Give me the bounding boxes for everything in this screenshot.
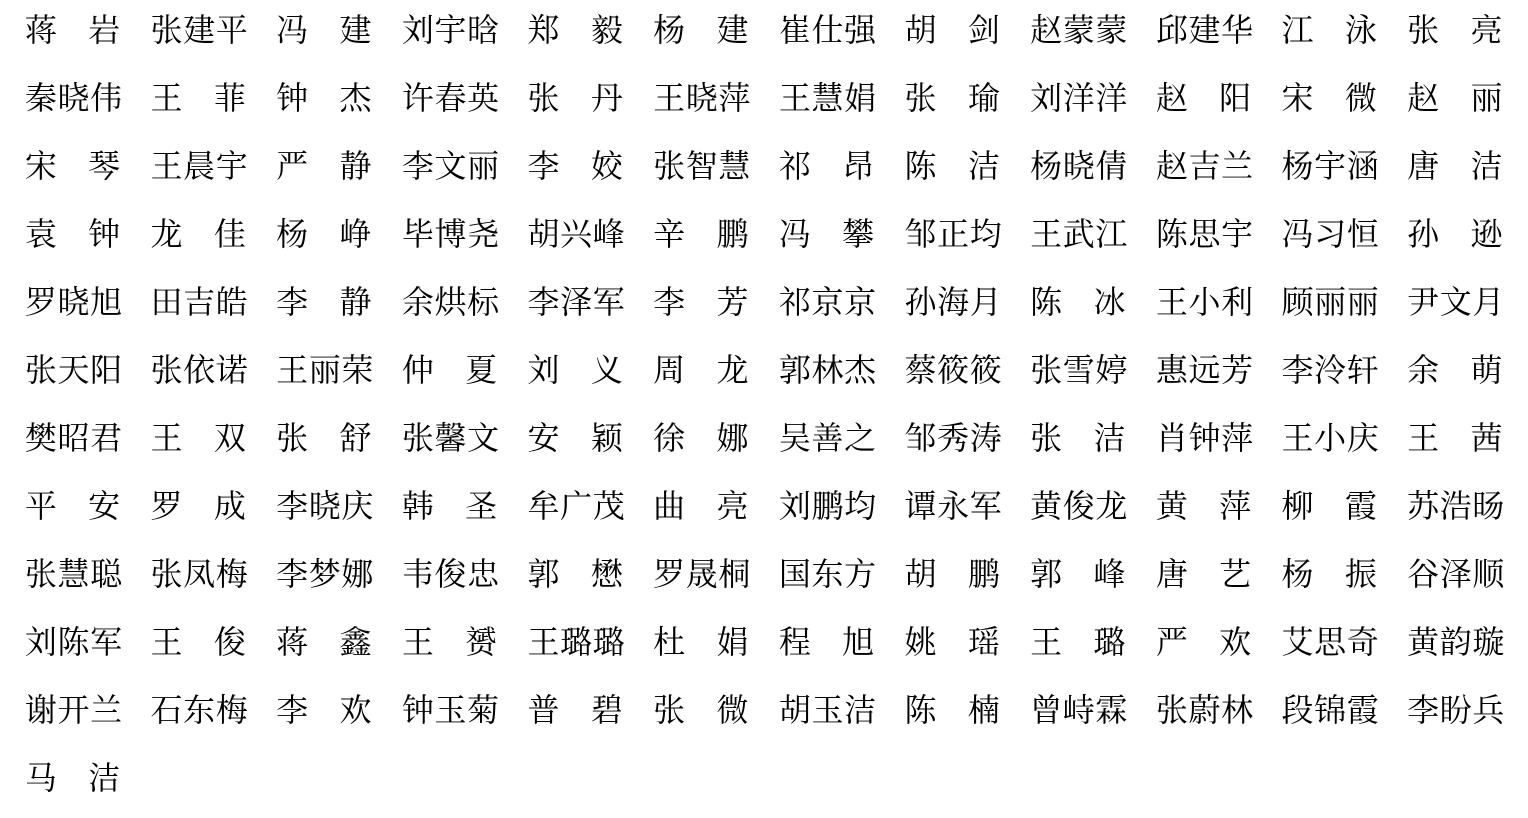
name-item: 李静 xyxy=(276,286,372,318)
name-item: 孙海月 xyxy=(904,286,1000,318)
name-item: 程旭 xyxy=(779,626,875,658)
name-item: 王璐璐 xyxy=(527,626,623,658)
name-item: 樊昭君 xyxy=(25,422,121,454)
name-item: 祁京京 xyxy=(779,286,875,318)
name-item: 钟杰 xyxy=(276,82,372,114)
name-item: 罗成 xyxy=(150,490,246,522)
name-item: 黄韵璇 xyxy=(1407,626,1503,658)
name-grid: 蒋岩张建平冯建刘宇晗郑毅杨建崔仕强胡剑赵蒙蒙邱建华江泳张亮秦晓伟王菲钟杰许春英张… xyxy=(0,0,1528,794)
name-item: 田吉皓 xyxy=(150,286,246,318)
name-item: 韩圣 xyxy=(402,490,498,522)
name-item: 孙逊 xyxy=(1407,218,1503,250)
name-item: 蔡筱筱 xyxy=(904,354,1000,386)
name-item: 刘义 xyxy=(527,354,623,386)
name-item: 杨晓倩 xyxy=(1030,150,1126,182)
name-item: 王晓萍 xyxy=(653,82,749,114)
name-item: 赵蒙蒙 xyxy=(1030,14,1126,46)
name-item: 罗晟桐 xyxy=(653,558,749,590)
name-item: 仲夏 xyxy=(402,354,498,386)
name-item: 邱建华 xyxy=(1156,14,1252,46)
name-item: 苏浩旸 xyxy=(1407,490,1503,522)
name-item: 胡玉洁 xyxy=(779,694,875,726)
name-item: 冯攀 xyxy=(779,218,875,250)
name-item: 陈思宇 xyxy=(1156,218,1252,250)
name-item: 王赟 xyxy=(402,626,498,658)
name-item: 段锦霞 xyxy=(1281,694,1377,726)
name-item: 郑毅 xyxy=(527,14,623,46)
name-item: 江泳 xyxy=(1281,14,1377,46)
name-item: 胡鹏 xyxy=(904,558,1000,590)
name-item: 马洁 xyxy=(25,762,121,794)
name-item: 赵吉兰 xyxy=(1156,150,1252,182)
name-item: 张天阳 xyxy=(25,354,121,386)
name-item: 邹秀涛 xyxy=(904,422,1000,454)
name-list-document: 蒋岩张建平冯建刘宇晗郑毅杨建崔仕强胡剑赵蒙蒙邱建华江泳张亮秦晓伟王菲钟杰许春英张… xyxy=(0,0,1528,818)
name-item: 赵阳 xyxy=(1156,82,1252,114)
name-item: 刘鹏均 xyxy=(779,490,875,522)
name-item: 黄俊龙 xyxy=(1030,490,1126,522)
name-item: 王璐 xyxy=(1030,626,1126,658)
name-item: 张慧聪 xyxy=(25,558,121,590)
name-item: 张洁 xyxy=(1030,422,1126,454)
name-item: 辛鹏 xyxy=(653,218,749,250)
name-item: 赵丽 xyxy=(1407,82,1503,114)
name-item: 王小庆 xyxy=(1281,422,1377,454)
name-item: 周龙 xyxy=(653,354,749,386)
name-item: 王晨宇 xyxy=(150,150,246,182)
name-item: 尹文月 xyxy=(1407,286,1503,318)
name-item: 张丹 xyxy=(527,82,623,114)
name-item: 宋微 xyxy=(1281,82,1377,114)
name-item: 王双 xyxy=(150,422,246,454)
name-item: 张建平 xyxy=(150,14,246,46)
name-item: 严静 xyxy=(276,150,372,182)
name-item: 张亮 xyxy=(1407,14,1503,46)
name-item: 李泠轩 xyxy=(1281,354,1377,386)
name-item: 张瑜 xyxy=(904,82,1000,114)
name-item: 普碧 xyxy=(527,694,623,726)
name-item: 毕博尧 xyxy=(402,218,498,250)
name-item: 王武江 xyxy=(1030,218,1126,250)
name-item: 杨建 xyxy=(653,14,749,46)
name-item: 祁昂 xyxy=(779,150,875,182)
name-item: 谢开兰 xyxy=(25,694,121,726)
name-item: 唐洁 xyxy=(1407,150,1503,182)
name-item: 冯习恒 xyxy=(1281,218,1377,250)
name-item: 张馨文 xyxy=(402,422,498,454)
name-item: 李姣 xyxy=(527,150,623,182)
name-item: 胡剑 xyxy=(904,14,1000,46)
name-item: 张凤梅 xyxy=(150,558,246,590)
name-item: 宋琴 xyxy=(25,150,121,182)
name-item: 张舒 xyxy=(276,422,372,454)
name-item: 钟玉菊 xyxy=(402,694,498,726)
name-item: 杨峥 xyxy=(276,218,372,250)
name-item: 张蔚林 xyxy=(1156,694,1252,726)
name-item: 李文丽 xyxy=(402,150,498,182)
name-item: 国东方 xyxy=(779,558,875,590)
name-item: 肖钟萍 xyxy=(1156,422,1252,454)
name-item: 王丽荣 xyxy=(276,354,372,386)
name-item: 惠远芳 xyxy=(1156,354,1252,386)
name-item: 吴善之 xyxy=(779,422,875,454)
name-item: 曾峙霖 xyxy=(1030,694,1126,726)
name-item: 杨振 xyxy=(1281,558,1377,590)
name-item: 黄萍 xyxy=(1156,490,1252,522)
name-item: 李梦娜 xyxy=(276,558,372,590)
name-item: 刘洋洋 xyxy=(1030,82,1126,114)
name-item: 陈楠 xyxy=(904,694,1000,726)
name-item: 陈冰 xyxy=(1030,286,1126,318)
name-item: 张依诺 xyxy=(150,354,246,386)
name-item: 袁钟 xyxy=(25,218,121,250)
name-item: 王俊 xyxy=(150,626,246,658)
name-item: 谭永军 xyxy=(904,490,1000,522)
name-item: 王小利 xyxy=(1156,286,1252,318)
name-item: 邹正均 xyxy=(904,218,1000,250)
name-item: 柳霞 xyxy=(1281,490,1377,522)
name-item: 杨宇涵 xyxy=(1281,150,1377,182)
name-item: 姚瑶 xyxy=(904,626,1000,658)
name-item: 蒋鑫 xyxy=(276,626,372,658)
name-item: 平安 xyxy=(25,490,121,522)
name-item: 刘宇晗 xyxy=(402,14,498,46)
name-item: 谷泽顺 xyxy=(1407,558,1503,590)
name-item: 张智慧 xyxy=(653,150,749,182)
name-item: 艾思奇 xyxy=(1281,626,1377,658)
name-item: 李盼兵 xyxy=(1407,694,1503,726)
name-item: 李欢 xyxy=(276,694,372,726)
name-item: 余萌 xyxy=(1407,354,1503,386)
name-item: 曲亮 xyxy=(653,490,749,522)
name-item: 唐艺 xyxy=(1156,558,1252,590)
name-item: 石东梅 xyxy=(150,694,246,726)
name-item: 牟广茂 xyxy=(527,490,623,522)
name-item: 秦晓伟 xyxy=(25,82,121,114)
name-item: 许春英 xyxy=(402,82,498,114)
name-item: 王茜 xyxy=(1407,422,1503,454)
name-item: 郭懋 xyxy=(527,558,623,590)
name-item: 罗晓旭 xyxy=(25,286,121,318)
name-item: 蒋岩 xyxy=(25,14,121,46)
name-item: 李晓庆 xyxy=(276,490,372,522)
name-item: 张雪婷 xyxy=(1030,354,1126,386)
name-item: 崔仕强 xyxy=(779,14,875,46)
name-item: 胡兴峰 xyxy=(527,218,623,250)
name-item: 张微 xyxy=(653,694,749,726)
name-item: 郭峰 xyxy=(1030,558,1126,590)
name-item: 顾丽丽 xyxy=(1281,286,1377,318)
name-item: 安颖 xyxy=(527,422,623,454)
name-item: 韦俊忠 xyxy=(402,558,498,590)
name-item: 郭林杰 xyxy=(779,354,875,386)
name-item: 龙佳 xyxy=(150,218,246,250)
name-item: 李泽军 xyxy=(527,286,623,318)
name-item: 王慧娟 xyxy=(779,82,875,114)
name-item: 杜娟 xyxy=(653,626,749,658)
name-item: 冯建 xyxy=(276,14,372,46)
name-item: 徐娜 xyxy=(653,422,749,454)
name-item: 李芳 xyxy=(653,286,749,318)
name-item: 陈洁 xyxy=(904,150,1000,182)
name-item: 刘陈军 xyxy=(25,626,121,658)
name-item: 严欢 xyxy=(1156,626,1252,658)
name-item: 余烘标 xyxy=(402,286,498,318)
name-item: 王菲 xyxy=(150,82,246,114)
